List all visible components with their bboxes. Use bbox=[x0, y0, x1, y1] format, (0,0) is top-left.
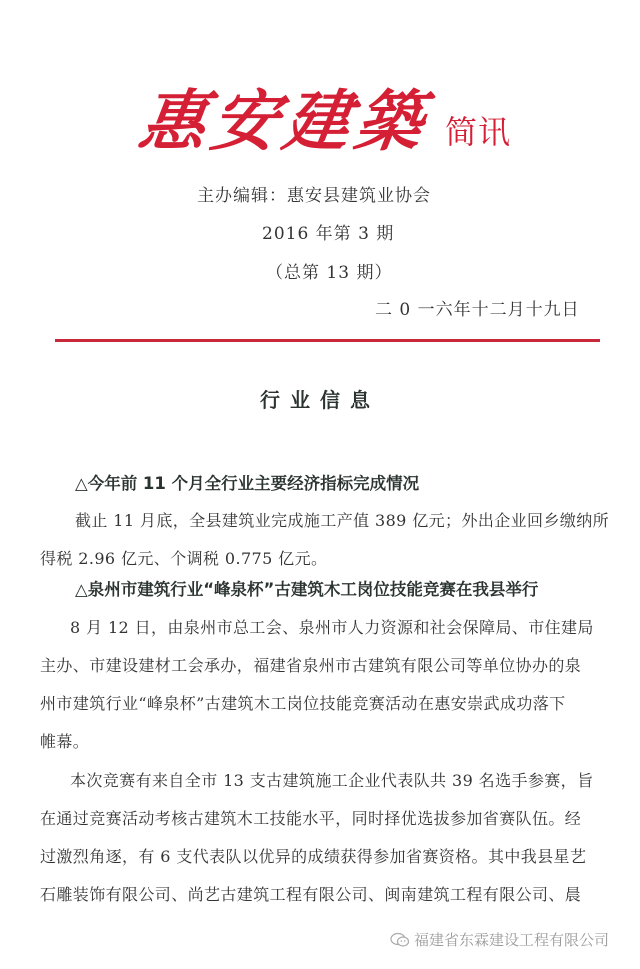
paragraph-line: 过激烈角逐，有 6 支代表队以优异的成绩获得参加省赛资格。其中我县星艺 bbox=[40, 844, 600, 867]
masthead-subtitle: 简讯 bbox=[445, 116, 511, 148]
header-divider bbox=[55, 339, 600, 342]
paragraph-line: 帷幕。 bbox=[40, 729, 600, 752]
wechat-icon bbox=[390, 932, 410, 948]
paragraph-line: 州市建筑行业“峰泉杯”古建筑木工岗位技能竞赛活动在惠安崇武成功落下 bbox=[40, 691, 600, 714]
paragraph-line: 8 月 12 日，由泉州市总工会、泉州市人力资源和社会保障局、市住建局 bbox=[70, 615, 630, 638]
paragraph-line: 主办、市建设建材工会承办，福建省泉州市古建筑有限公司等单位协办的泉 bbox=[40, 653, 600, 676]
issue-number: 2016 年第 3 期 bbox=[262, 219, 394, 244]
publish-date: 二 0 一六年十二月十九日 bbox=[375, 295, 580, 320]
paragraph-line: 得税 2.96 亿元、个调税 0.775 亿元。 bbox=[40, 546, 600, 569]
masthead-calligraphy-title: 惠安建築 bbox=[135, 88, 432, 154]
paragraph-line: 截止 11 月底，全县建筑业完成施工产值 389 亿元；外出企业回乡缴纳所 bbox=[75, 508, 635, 531]
paragraph-line: 在通过竞赛活动考核古建筑木工技能水平，同时择优选拔参加省赛队伍。经 bbox=[40, 806, 600, 829]
watermark: 福建省东霖建设工程有限公司 bbox=[390, 929, 609, 950]
section-title: 行业信息 bbox=[0, 384, 640, 413]
article-headline: △今年前 11 个月全行业主要经济指标完成情况 bbox=[75, 470, 419, 494]
paragraph-line: 本次竞赛有来自全市 13 支古建筑施工企业代表队共 39 名选手参赛，旨 bbox=[70, 768, 630, 791]
article-headline: △泉州市建筑行业“峰泉杯”古建筑木工岗位技能竞赛在我县举行 bbox=[75, 576, 538, 600]
total-issue-number: （总第 13 期） bbox=[266, 258, 392, 283]
paragraph-line: 石雕装饰有限公司、尚艺古建筑工程有限公司、闽南建筑工程有限公司、晨 bbox=[40, 882, 600, 905]
watermark-text: 福建省东霖建设工程有限公司 bbox=[414, 929, 609, 950]
masthead: 惠安建築 简讯 bbox=[0, 70, 640, 180]
editor-line: 主办编辑：惠安县建筑业协会 bbox=[197, 181, 431, 206]
